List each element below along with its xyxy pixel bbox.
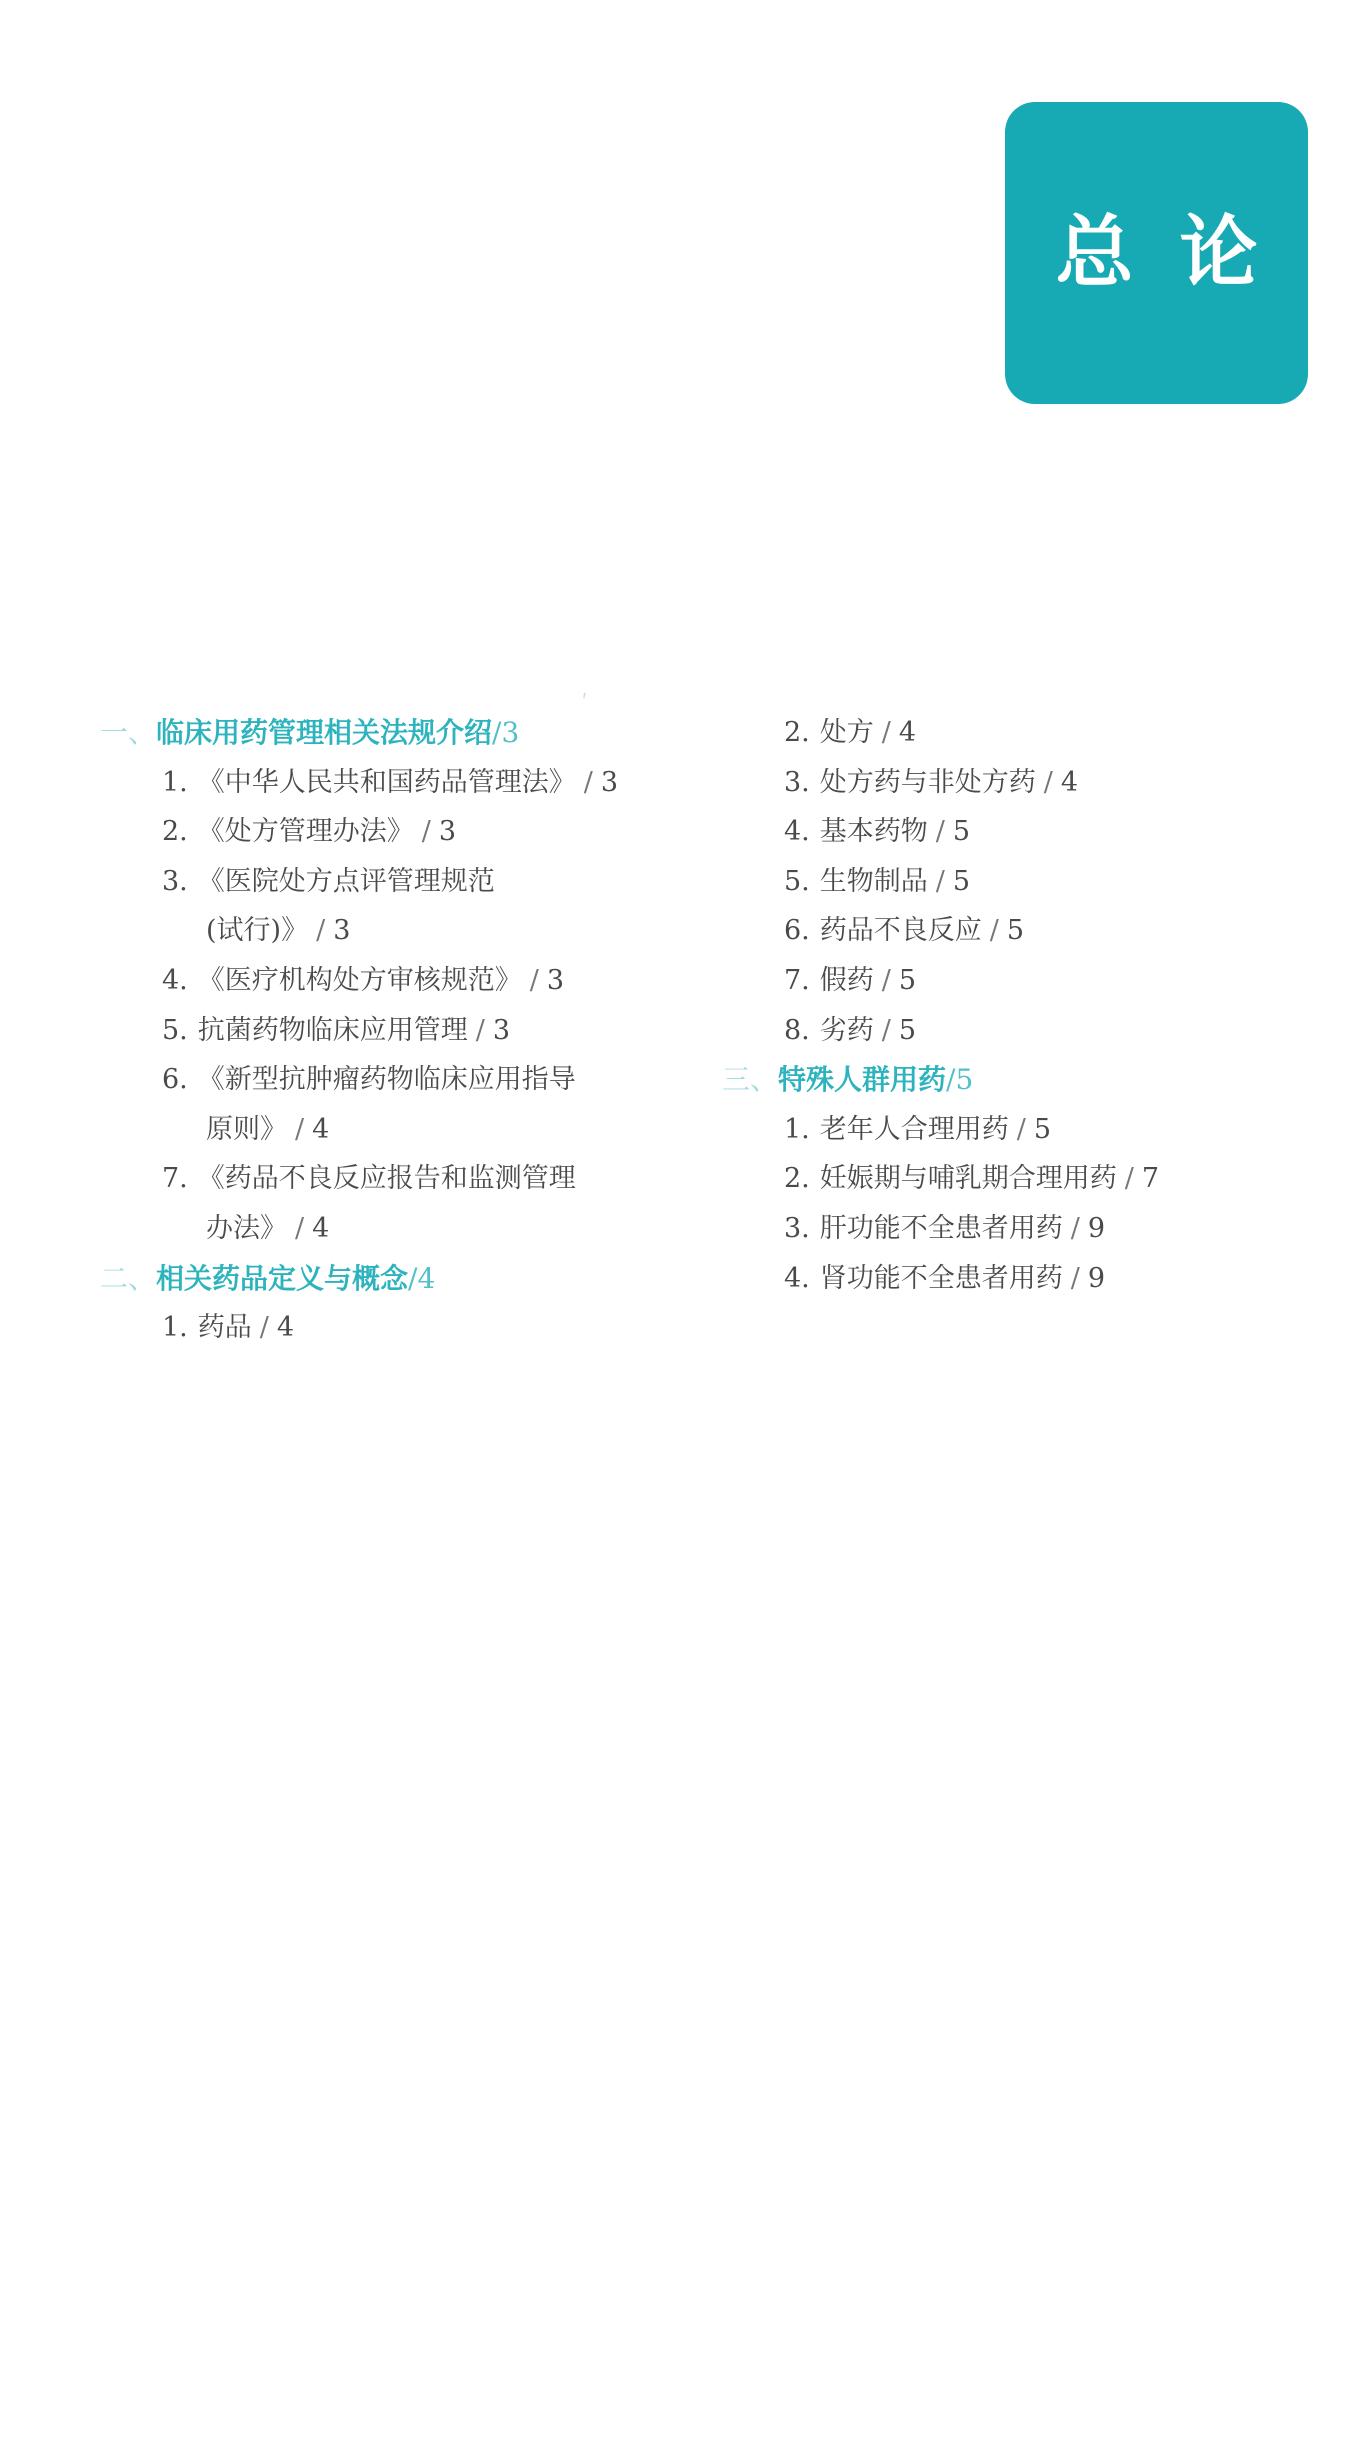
item-title: 《中华人民共和国药品管理法》 <box>198 767 576 798</box>
item-number: 1. <box>162 1312 188 1343</box>
toc-item[interactable]: 5.抗菌药物临床应用管理/3 <box>100 1006 700 1056</box>
toc-right-column: 2.处方/43.处方药与非处方药/44.基本药物/55.生物制品/56.药品不良… <box>722 708 1322 1303</box>
page-number: 5 <box>953 816 970 847</box>
item-title: 办法》 <box>206 1213 287 1244</box>
toc-section-heading[interactable]: 一、临床用药管理相关法规介绍/3 <box>100 708 700 758</box>
item-number: 8. <box>784 1015 810 1046</box>
item-number: 7. <box>784 965 810 996</box>
item-number: 6. <box>784 915 810 946</box>
page-separator: / <box>584 767 593 798</box>
item-title: 《医疗机构处方审核规范》 <box>198 965 522 996</box>
page-separator: / <box>882 1015 891 1046</box>
item-title: 药品 <box>198 1312 252 1343</box>
toc-item[interactable]: 6.《新型抗肿瘤药物临床应用指导 <box>100 1055 700 1105</box>
page-separator: / <box>990 915 999 946</box>
section-number: 一、 <box>100 716 156 749</box>
page-separator: / <box>1071 1213 1080 1244</box>
toc-item[interactable]: 2.《处方管理办法》/3 <box>100 807 700 857</box>
page-number: 4 <box>277 1312 294 1343</box>
item-title: 原则》 <box>206 1114 287 1145</box>
section-title: 相关药品定义与概念 <box>156 1262 408 1295</box>
toc-item[interactable]: 7.《药品不良反应报告和监测管理 <box>100 1154 700 1204</box>
item-title: 《新型抗肿瘤药物临床应用指导 <box>198 1064 576 1095</box>
page-number: 4 <box>899 717 916 748</box>
page-number: 3 <box>439 816 456 847</box>
item-number: 5. <box>162 1015 188 1046</box>
item-title: 处方药与非处方药 <box>820 767 1036 798</box>
item-title: 生物制品 <box>820 866 928 897</box>
page-number: 5 <box>1034 1114 1051 1145</box>
toc-item[interactable]: 1.老年人合理用药/5 <box>722 1105 1322 1155</box>
toc-item[interactable]: 2.处方/4 <box>722 708 1322 758</box>
toc-item[interactable]: 4.肾功能不全患者用药/9 <box>722 1254 1322 1304</box>
page-number: 4 <box>312 1213 329 1244</box>
page-number: 7 <box>1142 1163 1159 1194</box>
chapter-title-box: 总论 <box>1005 102 1308 404</box>
item-number: 2. <box>162 816 188 847</box>
item-title: 老年人合理用药 <box>820 1114 1009 1145</box>
toc-item[interactable]: 3.《医院处方点评管理规范 <box>100 857 700 907</box>
item-title: 假药 <box>820 965 874 996</box>
page-number: 4 <box>417 1262 435 1295</box>
page-number: 5 <box>899 1015 916 1046</box>
page-separator: / <box>1071 1263 1080 1294</box>
item-title: 《医院处方点评管理规范 <box>198 866 495 897</box>
toc-item[interactable]: 4.基本药物/5 <box>722 807 1322 857</box>
toc-section-heading[interactable]: 二、相关药品定义与概念/4 <box>100 1254 700 1304</box>
toc-item[interactable]: 3.处方药与非处方药/4 <box>722 758 1322 808</box>
page-separator: / <box>422 816 431 847</box>
item-number: 4. <box>784 1263 810 1294</box>
item-number: 3. <box>784 1213 810 1244</box>
page-number: 9 <box>1088 1263 1105 1294</box>
item-number: 3. <box>162 866 188 897</box>
page-separator: / <box>882 717 891 748</box>
page-separator: / <box>936 816 945 847</box>
toc-item-continuation[interactable]: (试行)》/3 <box>100 906 700 956</box>
page-separator: / <box>295 1114 304 1145</box>
toc-item[interactable]: 3.肝功能不全患者用药/9 <box>722 1204 1322 1254</box>
item-title: 《处方管理办法》 <box>198 816 414 847</box>
page-separator: / <box>476 1015 485 1046</box>
page-separator: / <box>936 866 945 897</box>
toc-item[interactable]: 1.《中华人民共和国药品管理法》/3 <box>100 758 700 808</box>
toc-item[interactable]: 2.妊娠期与哺乳期合理用药/7 <box>722 1154 1322 1204</box>
page-number: 5 <box>953 866 970 897</box>
item-number: 4. <box>162 965 188 996</box>
item-number: 2. <box>784 1163 810 1194</box>
page-number: 5 <box>1007 915 1024 946</box>
page-number: 5 <box>899 965 916 996</box>
page-number: 9 <box>1088 1213 1105 1244</box>
toc-item-continuation[interactable]: 原则》/4 <box>100 1105 700 1155</box>
page-number: 4 <box>312 1114 329 1145</box>
toc-item-continuation[interactable]: 办法》/4 <box>100 1204 700 1254</box>
page-number: 3 <box>333 915 350 946</box>
page-number: 3 <box>547 965 564 996</box>
section-title: 临床用药管理相关法规介绍 <box>156 716 492 749</box>
page-separator: / <box>316 915 325 946</box>
item-number: 5. <box>784 866 810 897</box>
item-number: 1. <box>784 1114 810 1145</box>
toc-item[interactable]: 6.药品不良反应/5 <box>722 906 1322 956</box>
item-title: 基本药物 <box>820 816 928 847</box>
section-number: 二、 <box>100 1262 156 1295</box>
page-separator: / <box>1017 1114 1026 1145</box>
item-title: 劣药 <box>820 1015 874 1046</box>
page-separator: / <box>1044 767 1053 798</box>
section-title: 特殊人群用药 <box>778 1063 946 1096</box>
toc-item[interactable]: 7.假药/5 <box>722 956 1322 1006</box>
page-number: 3 <box>501 716 519 749</box>
page-separator: / <box>530 965 539 996</box>
item-number: 2. <box>784 717 810 748</box>
toc-section-heading[interactable]: 三、特殊人群用药/5 <box>722 1055 1322 1105</box>
page-separator: / <box>1125 1163 1134 1194</box>
item-title: 《药品不良反应报告和监测管理 <box>198 1163 576 1194</box>
section-number: 三、 <box>722 1063 778 1096</box>
item-number: 6. <box>162 1064 188 1095</box>
item-number: 1. <box>162 767 188 798</box>
toc-item[interactable]: 8.劣药/5 <box>722 1006 1322 1056</box>
page-number: 3 <box>493 1015 510 1046</box>
toc-item[interactable]: 4.《医疗机构处方审核规范》/3 <box>100 956 700 1006</box>
item-title: 药品不良反应 <box>820 915 982 946</box>
toc-left-column: 一、临床用药管理相关法规介绍/31.《中华人民共和国药品管理法》/32.《处方管… <box>100 708 700 1353</box>
item-title: 妊娠期与哺乳期合理用药 <box>820 1163 1117 1194</box>
page-number: 4 <box>1061 767 1078 798</box>
item-title: 抗菌药物临床应用管理 <box>198 1015 468 1046</box>
page-separator: / <box>882 965 891 996</box>
toc-item[interactable]: 5.生物制品/5 <box>722 857 1322 907</box>
item-title: (试行)》 <box>206 915 308 946</box>
page-number: 5 <box>955 1063 973 1096</box>
item-number: 4. <box>784 816 810 847</box>
item-number: 7. <box>162 1163 188 1194</box>
chapter-title: 总论 <box>1055 214 1303 292</box>
page-separator: / <box>260 1312 269 1343</box>
item-title: 肝功能不全患者用药 <box>820 1213 1063 1244</box>
page-separator: / <box>295 1213 304 1244</box>
item-number: 3. <box>784 767 810 798</box>
item-title: 肾功能不全患者用药 <box>820 1263 1063 1294</box>
toc-item[interactable]: 1.药品/4 <box>100 1303 700 1353</box>
item-title: 处方 <box>820 717 874 748</box>
page-number: 3 <box>601 767 618 798</box>
